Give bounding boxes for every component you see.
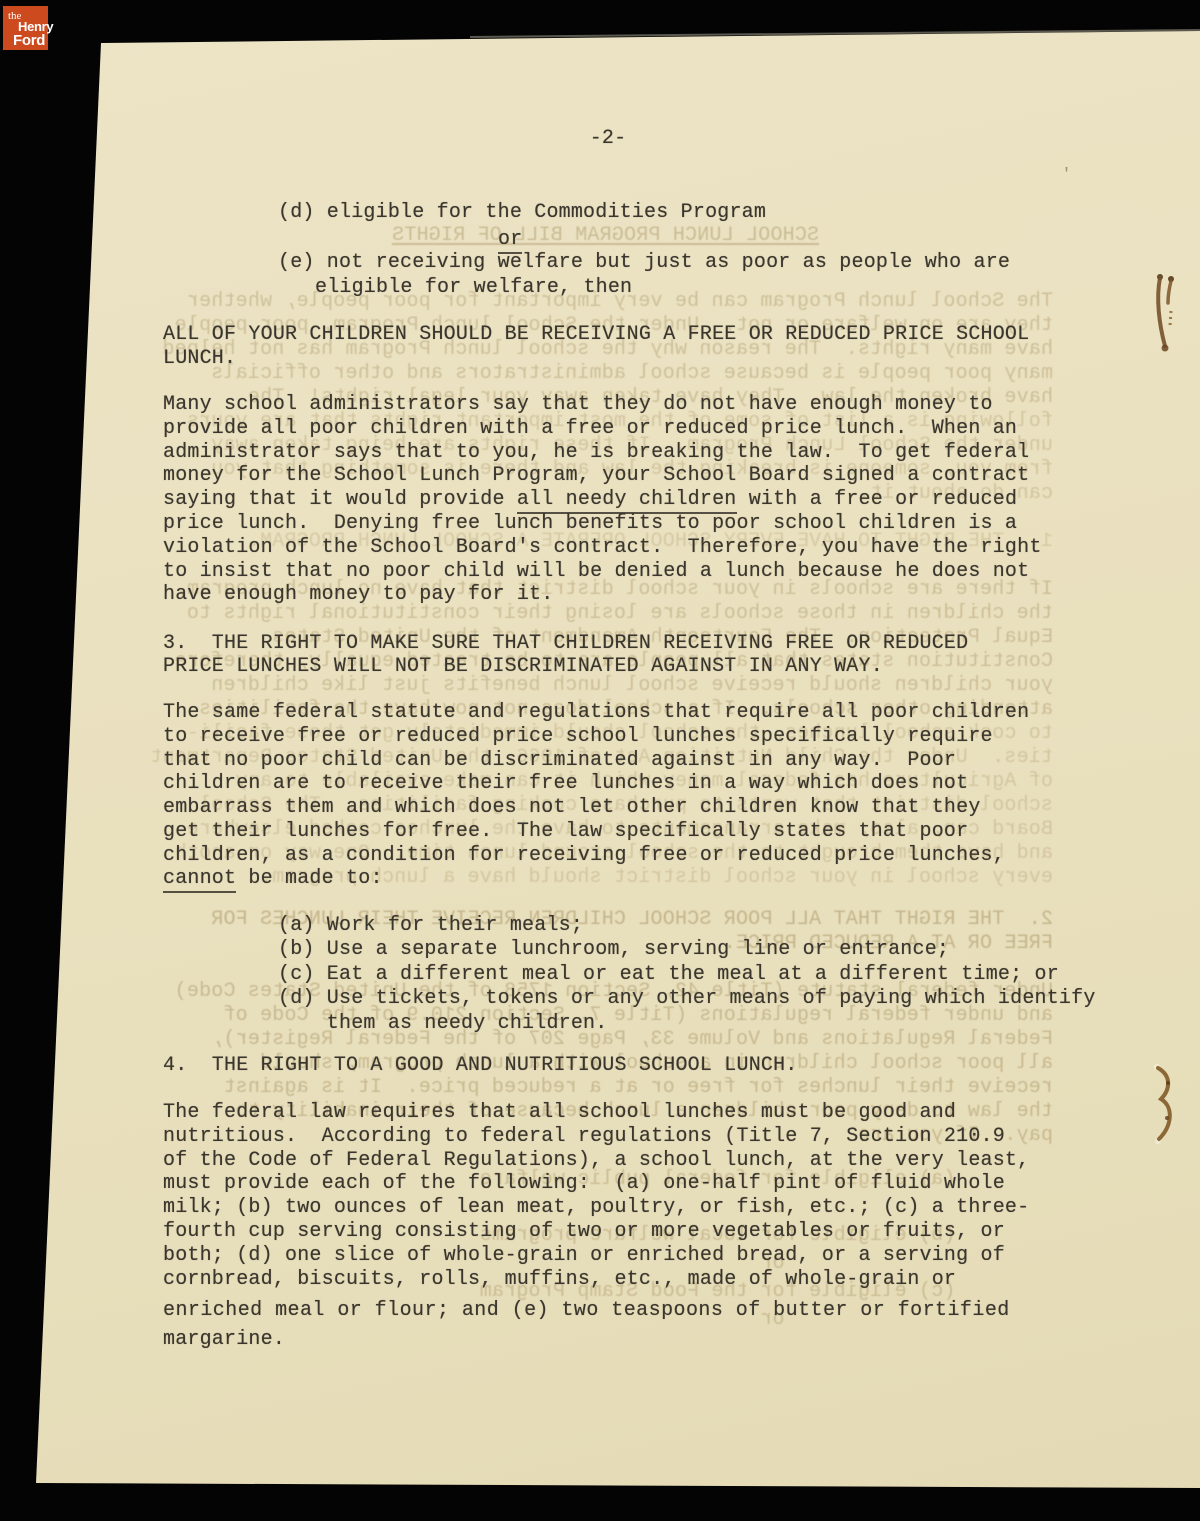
bleedthrough-line: receive their lunches for free or at a r… (158, 1076, 1053, 1100)
section3-heading: 3. THE RIGHT TO MAKE SURE THAT CHILDREN … (163, 632, 968, 678)
paragraph3-line9: enriched meal or flour; and (e) two teas… (163, 1299, 1010, 1323)
stray-ink-mark: ' (1062, 163, 1071, 187)
paragraph1-part2: price lunch. Denying free lunch benefits… (163, 512, 1042, 607)
paragraph2-line8: cannot be made to: (163, 867, 383, 891)
intro-item-e-line1: (e) not receiving welfare but just as po… (278, 251, 1010, 275)
intro-or-line: or (498, 228, 522, 252)
staple-mark-bottom (1145, 1058, 1190, 1153)
paragraph1-part1: Many school administrators say that they… (163, 393, 1029, 488)
scan-background: theHenryFord SCHOOL LUNCH PROGRAM BILL O… (0, 0, 1200, 1521)
bleedthrough-line: SCHOOL LUNCH PROGRAM BILL OF RIGHTS (158, 224, 1053, 248)
logo-ford-text: Ford (13, 32, 45, 49)
paragraph2-part1: The same federal statute and regulations… (163, 701, 1029, 868)
discrimination-list: (a) Work for their meals; (b) Use a sepa… (278, 914, 1096, 1036)
section4-heading: 4. THE RIGHT TO A GOOD AND NUTRITIOUS SC… (163, 1054, 798, 1078)
paragraph1-line5-pre: saying that it would provide (163, 488, 517, 511)
henry-ford-logo: theHenryFord (3, 6, 48, 50)
paragraph1-line5-underlined: all needy children (517, 488, 737, 514)
document-page: SCHOOL LUNCH PROGRAM BILL OF RIGHTSThe S… (0, 0, 1200, 1521)
intro-item-d: (d) eligible for the Commodities Program (278, 201, 766, 225)
paragraph1-line5: saying that it would provide all needy c… (163, 488, 1017, 512)
paragraph1-line5-post: with a free or reduced (737, 488, 1018, 511)
paragraph2-cannot-underlined: cannot (163, 867, 236, 893)
page-number: -2- (163, 127, 1053, 151)
paragraph2-line8-post: be made to: (236, 867, 382, 890)
staple-mark-top (1145, 266, 1190, 361)
intro-item-e-line2: eligible for welfare, then (315, 276, 632, 300)
paragraph3-line10: margarine. (163, 1328, 285, 1352)
statement-all-children: ALL OF YOUR CHILDREN SHOULD BE RECEIVING… (163, 323, 1029, 371)
paragraph3-part1: The federal law requires that all school… (163, 1101, 1029, 1291)
